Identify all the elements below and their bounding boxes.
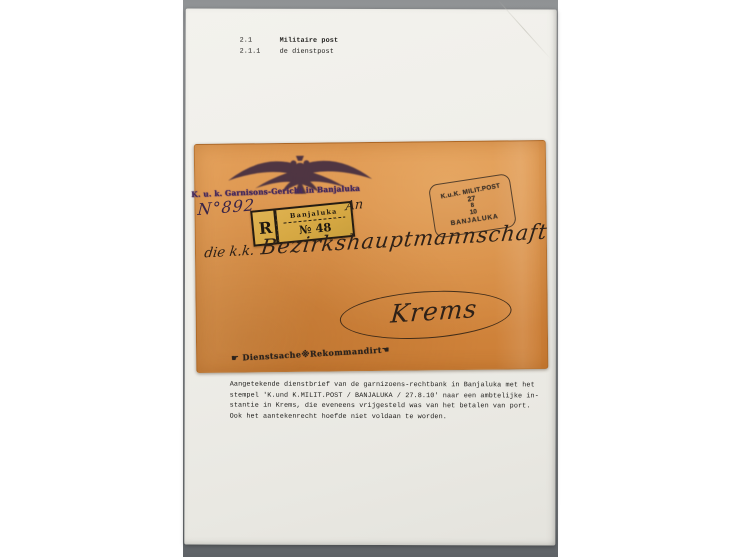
- postmark-year: 10: [469, 208, 477, 216]
- section-title: Militaire post: [280, 37, 339, 45]
- pointing-hand-right-icon: ☛: [231, 354, 240, 364]
- destination-name: Krems: [389, 294, 478, 329]
- sender-handstamp: K. u. k. Garnisons-Gericht in Banjaluka: [191, 184, 350, 199]
- section-index: 2.1 2.1.1: [240, 36, 261, 57]
- caption-line: stempel 'K.und K.MILIT.POST / BANJALUKA …: [230, 390, 539, 401]
- caption-line: Ook het aantekenrecht hoefde niet voldaa…: [230, 411, 539, 422]
- page-crease: [498, 1, 551, 60]
- caption-line: Aangetekende dienstbrief van de garnizoe…: [230, 380, 539, 391]
- handwritten-number: N°892: [197, 195, 255, 219]
- caption-block: Aangetekende dienstbrief van de garnizoe…: [230, 380, 539, 423]
- caption-line: stantie in Krems, die eveneens vrijgeste…: [230, 401, 539, 412]
- salutation-an: An: [345, 197, 364, 214]
- photo-backdrop: 2.1 2.1.1 Militaire post de dienstpost K…: [183, 0, 558, 557]
- section-index-line2: 2.1.1: [240, 47, 261, 55]
- envelope-cover: K. u. k. Garnisons-Gericht in Banjaluka …: [194, 140, 549, 373]
- section-title-block: Militaire post de dienstpost: [280, 36, 339, 57]
- section-index-line1: 2.1: [240, 37, 253, 45]
- destination-oval: Krems: [338, 286, 513, 344]
- address-prefix: die k.k.: [203, 243, 255, 262]
- album-page: 2.1 2.1.1 Militaire post de dienstpost K…: [184, 9, 556, 546]
- section-subtitle: de dienstpost: [280, 47, 334, 55]
- album-photo-scan: 2.1 2.1.1 Militaire post de dienstpost K…: [0, 0, 740, 557]
- service-handstamp: ☛ Dienstsache※Rekommandirt☚: [231, 344, 390, 364]
- service-word-dienstsache: Dienstsache: [242, 349, 301, 362]
- service-word-rekommandirt: Rekommandirt: [310, 345, 382, 359]
- pointing-hand-left-icon: ☚: [382, 345, 391, 355]
